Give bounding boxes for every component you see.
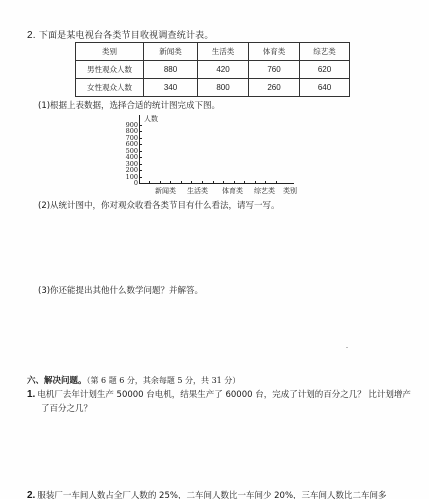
table-header-cell: 综艺类 xyxy=(300,43,350,61)
x-tick-mark xyxy=(265,181,266,183)
x-tick-mark xyxy=(244,181,245,183)
table-row: 男性观众人数 880 420 760 620 xyxy=(76,61,350,79)
problem-text: 电机厂去年计划生产 50000 台电机，结果生产了 60000 台，完成了计划的… xyxy=(37,390,411,400)
question-2-title: 2.下面是某电视台各类节目收视调查统计表。 xyxy=(27,28,214,41)
problem-2-line-1: 2.服装厂一车间人数占全厂人数的 25%，二车间人数比一车间少 20%，三车间人… xyxy=(27,489,387,499)
y-tick-label: 100 xyxy=(112,174,138,180)
x-tick-mark xyxy=(202,181,203,183)
x-tick-mark xyxy=(149,181,150,183)
y-tick-label: 700 xyxy=(112,135,138,141)
section-6-title: 六、解决问题。（第 6 题 6 分，其余每题 5 分，共 31 分） xyxy=(27,374,240,386)
section-heading: 六、解决问题。 xyxy=(27,376,87,386)
problem-1-line-2: 了百分之几？ xyxy=(41,402,92,414)
table-cell: 880 xyxy=(144,61,198,79)
y-tick-mark xyxy=(139,131,142,132)
x-tick-mark xyxy=(181,181,182,183)
problem-number: 2. xyxy=(27,490,35,499)
y-tick-mark xyxy=(139,138,142,139)
table-header-cell: 类别 xyxy=(76,43,144,61)
x-tick-mark xyxy=(213,181,214,183)
sub-question-3: (3)你还能提出其他什么数学问题？并解答。 xyxy=(38,284,203,296)
table-header-cell: 体育类 xyxy=(249,43,300,61)
y-axis-label: 人数 xyxy=(144,114,158,124)
sub-question-2: (2)从统计图中，你对观众收看各类节目有什么看法，请写一写。 xyxy=(38,199,280,211)
y-tick-mark xyxy=(139,151,142,152)
y-tick-label: 300 xyxy=(112,161,138,167)
x-category-label: 综艺类 xyxy=(254,186,275,196)
table-cell: 420 xyxy=(198,61,249,79)
table-cell: 640 xyxy=(300,79,350,97)
y-tick-mark xyxy=(139,164,142,165)
x-tick-mark xyxy=(170,181,171,183)
table-header-cell: 生活类 xyxy=(198,43,249,61)
x-tick-mark xyxy=(255,181,256,183)
y-tick-label: 200 xyxy=(112,167,138,173)
y-tick-label: 0 xyxy=(112,180,138,186)
table-cell: 760 xyxy=(249,61,300,79)
problem-1-line-1: 1.电机厂去年计划生产 50000 台电机，结果生产了 60000 台，完成了计… xyxy=(27,388,411,400)
x-tick-mark xyxy=(191,181,192,183)
question-text: 下面是某电视台各类节目收视调查统计表。 xyxy=(39,31,214,41)
x-tick-mark xyxy=(223,181,224,183)
table-header-cell: 新闻类 xyxy=(144,43,198,61)
y-tick-mark xyxy=(139,125,142,126)
x-category-label: 新闻类 xyxy=(155,186,176,196)
table-cell: 340 xyxy=(144,79,198,97)
x-axis-label: 类别 xyxy=(283,186,297,196)
y-tick-mark xyxy=(139,144,142,145)
x-tick-mark xyxy=(234,181,235,183)
blank-chart-axes: 人数 0 100 200 300 400 500 600 700 800 900… xyxy=(112,112,312,197)
x-tick-mark xyxy=(276,181,277,183)
y-tick-label: 600 xyxy=(112,141,138,147)
section-score-note: （第 6 题 6 分，其余每题 5 分，共 31 分） xyxy=(87,376,241,385)
question-number: 2. xyxy=(27,30,36,41)
table-cell: 800 xyxy=(198,79,249,97)
row-label: 女性观众人数 xyxy=(76,79,144,97)
y-tick-mark xyxy=(139,177,142,178)
sub-question-1: (1)根据上表数据，选择合适的统计图完成下图。 xyxy=(38,99,220,111)
problem-number: 1. xyxy=(27,389,35,400)
scan-speck xyxy=(346,347,348,348)
x-category-label: 生活类 xyxy=(187,186,208,196)
y-tick-mark xyxy=(139,170,142,171)
row-label: 男性观众人数 xyxy=(76,61,144,79)
y-tick-label: 800 xyxy=(112,128,138,134)
table-cell: 620 xyxy=(300,61,350,79)
problem-text: 服装厂一车间人数占全厂人数的 25%，二车间人数比一车间少 20%，三车间人数比… xyxy=(37,491,386,499)
table-cell: 260 xyxy=(249,79,300,97)
y-tick-label: 400 xyxy=(112,154,138,160)
table-header-row: 类别 新闻类 生活类 体育类 综艺类 xyxy=(76,43,350,61)
y-tick-label: 900 xyxy=(112,122,138,128)
viewership-table: 类别 新闻类 生活类 体育类 综艺类 男性观众人数 880 420 760 62… xyxy=(75,42,350,97)
y-tick-mark xyxy=(139,157,142,158)
table-row: 女性观众人数 340 800 260 640 xyxy=(76,79,350,97)
x-tick-mark xyxy=(160,181,161,183)
y-tick-label: 500 xyxy=(112,148,138,154)
x-category-label: 体育类 xyxy=(222,186,243,196)
x-axis xyxy=(139,183,294,184)
